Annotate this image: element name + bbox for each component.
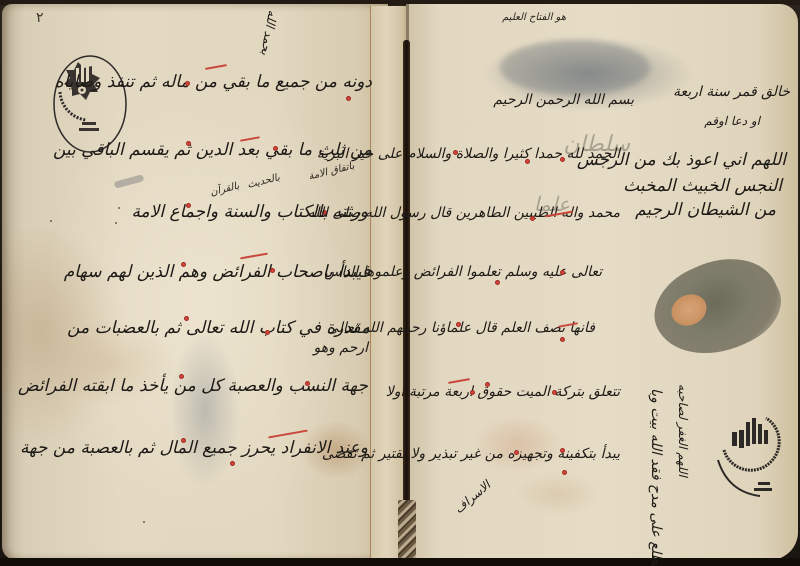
spine-binding-thread: [398, 500, 416, 560]
rubric-dot: [560, 337, 565, 342]
library-seal-stamp-right: [714, 400, 790, 500]
rubric-dot: [525, 159, 530, 164]
left-line-6: جهة النسب والعصبة كل من يأخذ ما ابقته ال…: [18, 376, 368, 396]
book-spine: [403, 40, 410, 560]
right-line-2: محمد واله الطيبين الطاهرين قال رسول الله…: [308, 205, 620, 221]
speck: [143, 521, 145, 523]
right-line-6: يبدأ بتكفينه وتجهيزه من غير تبذير ولا تق…: [322, 446, 620, 462]
rubric-dot: [179, 374, 184, 379]
margin-note: ارحم وهو: [314, 340, 368, 356]
seal-icon: [714, 400, 790, 500]
rubric-dot: [270, 268, 275, 273]
rubric-dot: [230, 461, 235, 466]
rubric-dot: [184, 316, 189, 321]
water-stain: [170, 330, 240, 490]
rubric-dot: [552, 390, 557, 395]
rubric-dot: [560, 270, 565, 275]
rubric-dot: [495, 280, 500, 285]
spine-top: [406, 4, 409, 44]
speck: [115, 222, 117, 224]
rubric-dot: [265, 330, 270, 335]
rubric-dot: [456, 322, 461, 327]
vertical-margin-note-2: اللهم الغفر لصاحبه: [676, 384, 690, 524]
margin-block-line-4: النجس الخبيث المخبث: [623, 176, 782, 196]
rubric-dot: [185, 81, 190, 86]
grey-smudge: [500, 40, 650, 95]
manuscript-photo: ٢ بحمد الله: [0, 0, 800, 566]
vertical-margin-note-1: يطلع على مدح فقد الله بيت وبا: [648, 388, 664, 548]
margin-block-line-2: او دعا اوقم: [704, 114, 760, 128]
speck: [50, 220, 52, 222]
margin-block-line-1: خالق قمر سنة اربعة: [673, 84, 790, 100]
rubric-dot: [273, 146, 278, 151]
right-line-5: تتعلق بتركة الميت حقوق اربعة مرتبة اولا: [386, 384, 620, 400]
header-note: هو الفتاح العليم: [502, 12, 566, 23]
rubric-dot: [186, 203, 191, 208]
rubric-dot: [485, 382, 490, 387]
rubric-dot: [514, 450, 519, 455]
rubric-dot: [560, 448, 565, 453]
basmala: بسم الله الرحمن الرحيم: [493, 92, 634, 108]
rubric-dot: [346, 96, 351, 101]
right-line-1: الحمد لله حمدا كثيرا والصلاة والسلام على…: [317, 146, 620, 162]
rubric-dot: [305, 381, 310, 386]
speck: [118, 207, 120, 209]
bottom-edge: [0, 558, 800, 566]
margin-block-line-5: من الشيطان الرجيم: [635, 200, 776, 220]
rubric-dot: [470, 390, 475, 395]
page-number: ٢: [36, 10, 44, 26]
rubric-dot: [181, 438, 186, 443]
left-line-1: دونه من جميع ما بقي من ماله ثم تنفذ وصاي…: [55, 72, 372, 92]
right-line-4: فانها نصف العلم قال علماؤنا رحمهم الله ت…: [327, 320, 595, 336]
rubric-dot: [181, 262, 186, 267]
rubric-dot: [560, 157, 565, 162]
left-line-7: وعند الانفراد يحرز جميع المال ثم بالعصبة…: [20, 438, 368, 458]
left-line-5: مقدرة في كتاب الله تعالى ثم بالعصبات من: [67, 318, 370, 338]
rubric-dot: [562, 470, 567, 475]
rubric-dot: [530, 216, 535, 221]
rubric-dot: [453, 150, 458, 155]
rubric-dot: [186, 141, 191, 146]
